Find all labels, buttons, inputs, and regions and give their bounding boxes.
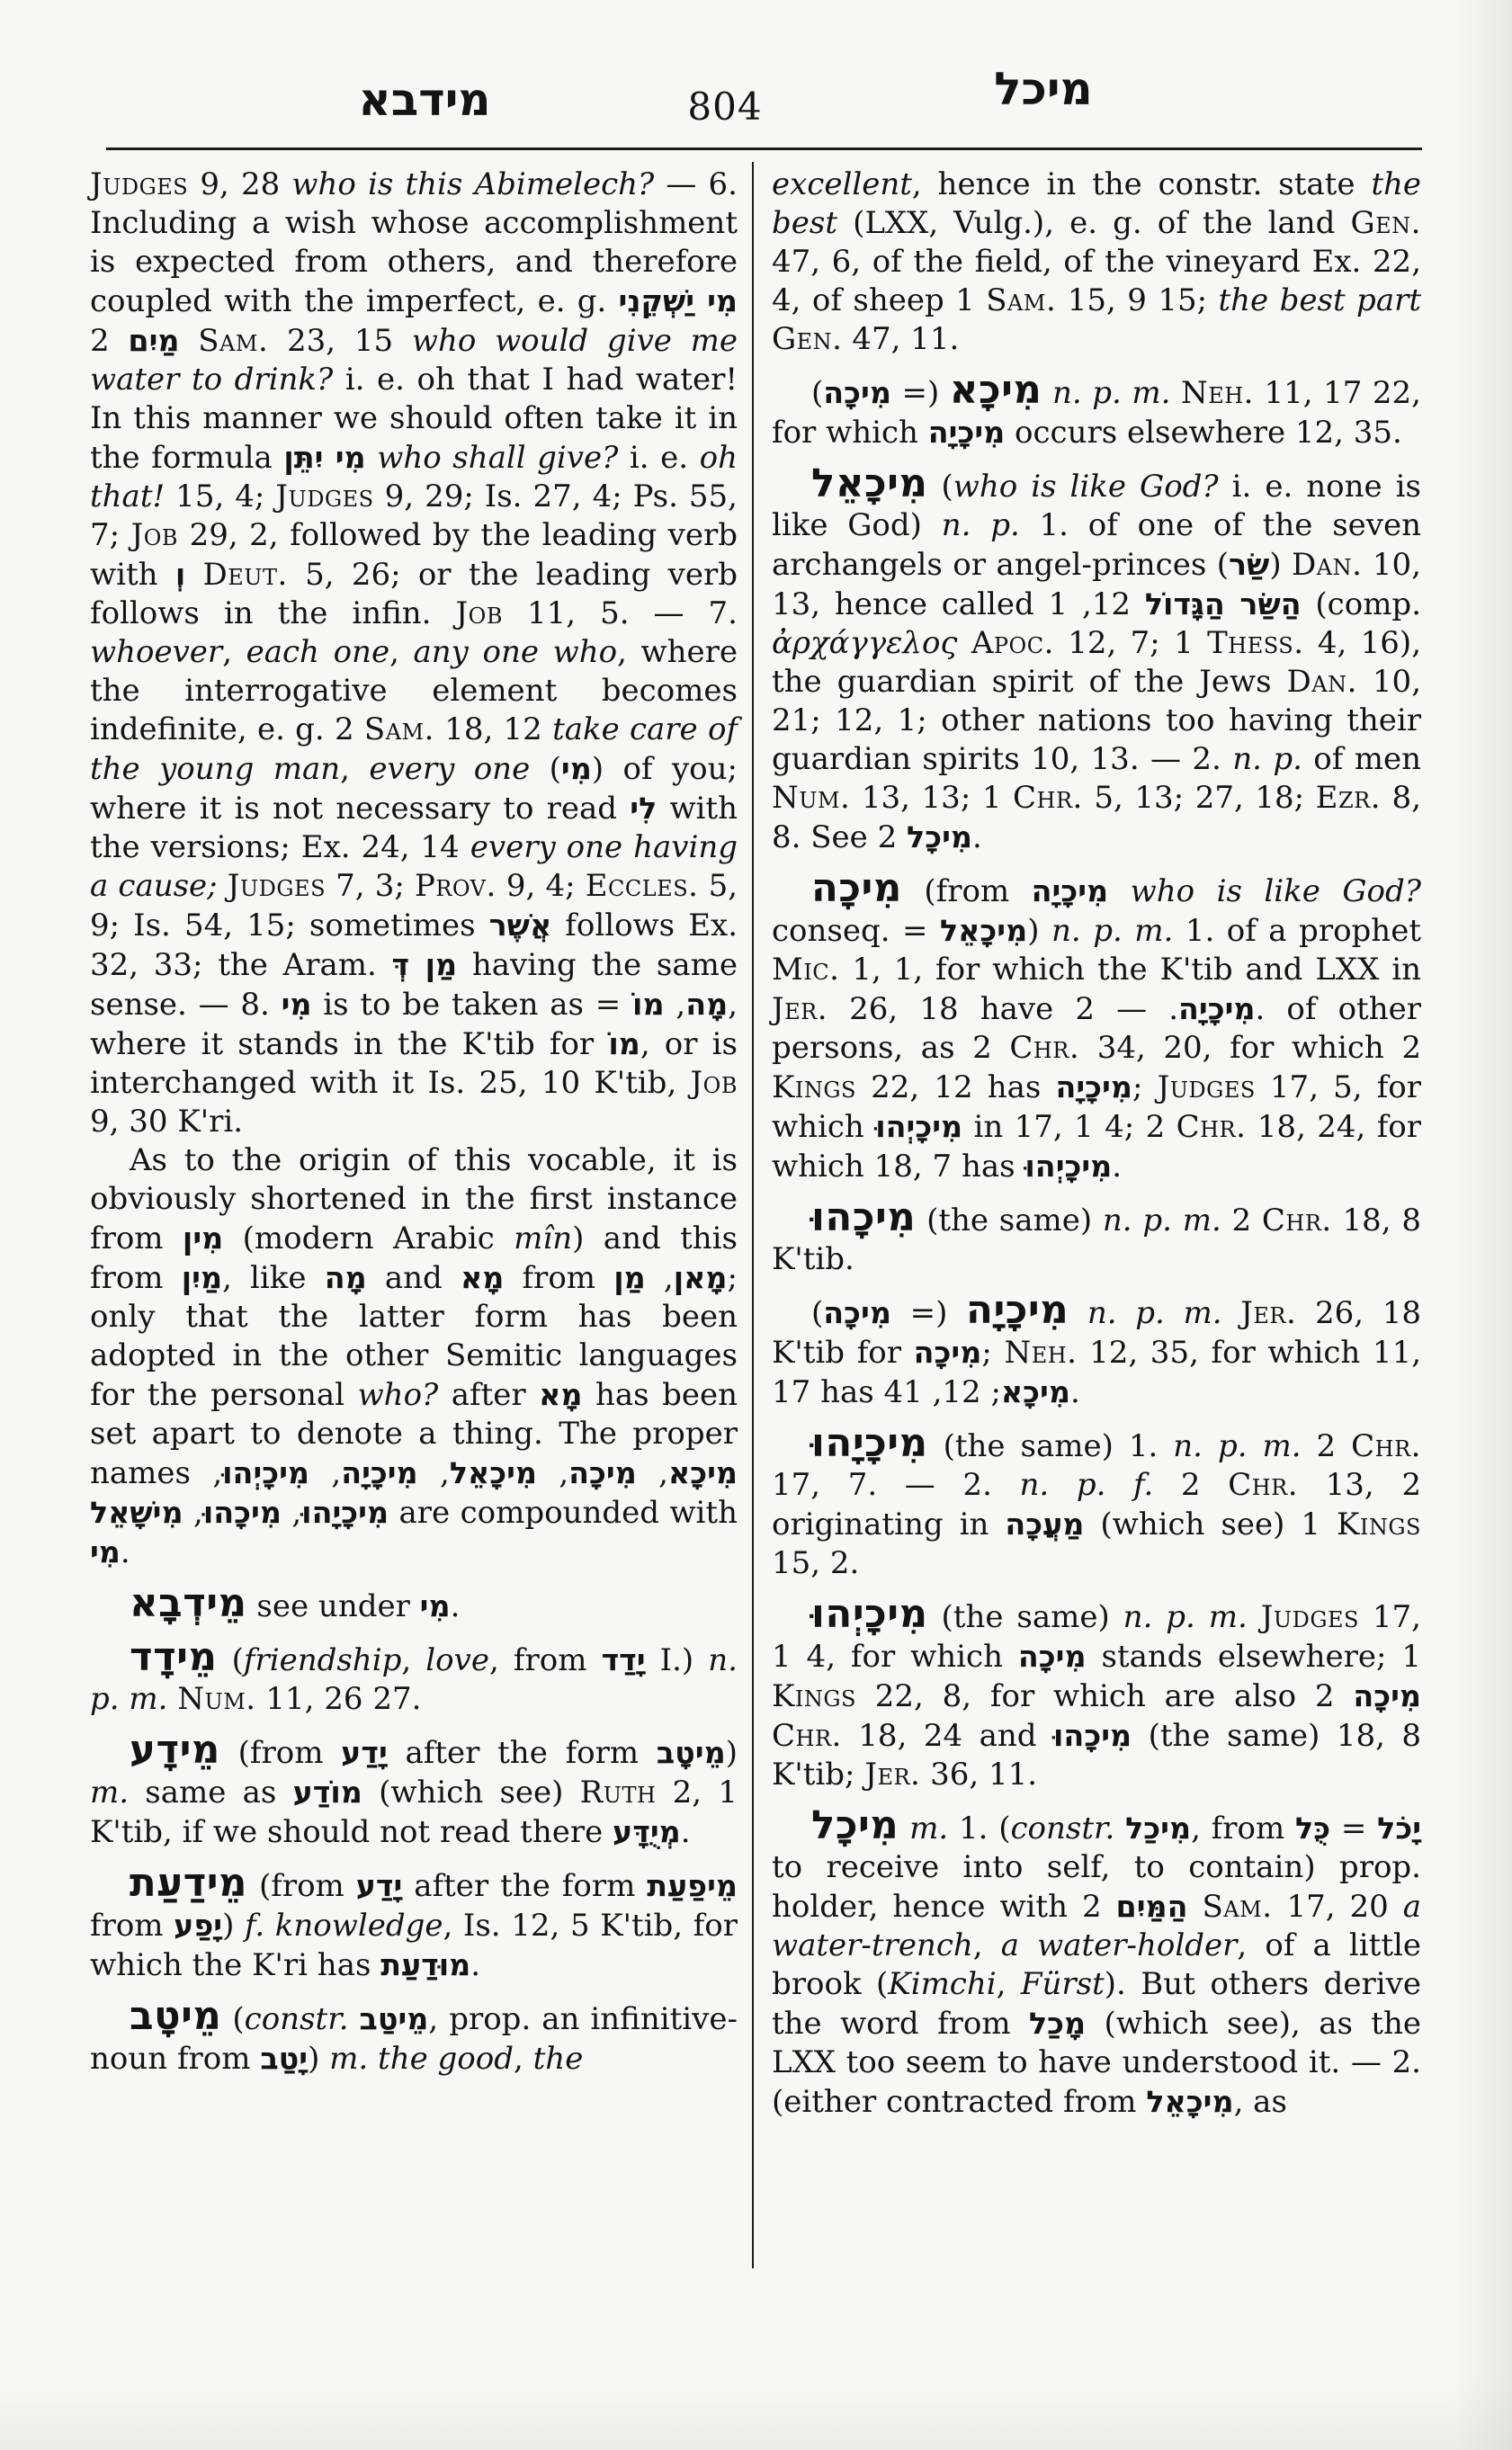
body-text: are compounded with [389, 1495, 738, 1531]
body-text: same as [129, 1775, 293, 1811]
entry-paragraph: מֵיטָב (constr. מֵיטַב, prop. an infinit… [90, 1998, 738, 2079]
body-text: ; [981, 1335, 1004, 1371]
hebrew-headword: מִיכָיְהוּ [811, 1592, 928, 1637]
italic-text: n. p. f. [1020, 1467, 1154, 1503]
body-text: , [389, 634, 413, 670]
body-text: 11, 5. — 7. [503, 595, 738, 631]
body-text: ) [726, 1735, 738, 1771]
body-text: ( [221, 2001, 244, 2037]
entry-paragraph: מִיכָהוּ (the same) n. p. m. 2 Chr. 18, … [772, 1199, 1421, 1279]
smallcaps-reference: Sam. [986, 282, 1056, 318]
body-text: ( [530, 751, 561, 787]
body-text: stands elsewhere; 1 [1087, 1639, 1421, 1675]
continuation-paragraph: excellent, hence in the constr. state th… [772, 165, 1421, 359]
italic-text: the good [378, 2041, 514, 2077]
header-left-title: מידבא [358, 77, 490, 122]
smallcaps-reference: Jer. [1240, 1295, 1296, 1331]
hebrew-headword: מֵידָע [130, 1728, 220, 1773]
italic-text: n. p. [942, 507, 1020, 543]
hebrew-headword: מִיכָיָה [966, 1288, 1069, 1333]
italic-text: the [533, 2041, 584, 2077]
smallcaps-reference: Sam. [1203, 1889, 1273, 1925]
italic-text: every one [369, 751, 530, 787]
hebrew-headword: מֵידְבָא [130, 1581, 247, 1626]
body-text: 23, 15 [268, 323, 412, 359]
body-text: 11, 26 27. [256, 1681, 422, 1717]
hebrew-inline: מִיכָה [823, 375, 891, 410]
smallcaps-reference: Sam. [198, 323, 268, 359]
italic-text: m. [90, 1775, 129, 1811]
body-text [899, 1811, 909, 1846]
hebrew-inline: וְ [175, 557, 185, 592]
smallcaps-reference: Chr. [1009, 1030, 1079, 1066]
body-text: 22, 8, for which are also [856, 1678, 1315, 1714]
italic-text: a water-holder [1001, 1927, 1238, 1963]
hebrew-inline: מַן [613, 1260, 646, 1295]
body-text [1170, 375, 1181, 411]
body-text: 1. ( [948, 1811, 1010, 1846]
hebrew-inline: מִיכָיְהוּ [875, 1109, 962, 1144]
italic-text: f. knowledge [245, 1908, 443, 1944]
hebrew-inline: יָטַב [260, 2041, 308, 2076]
hebrew-inline: מָה [685, 987, 728, 1022]
body-text: 2 [1221, 1203, 1262, 1238]
hebrew-headword: מִיכָיָהוּ [811, 1421, 928, 1466]
hebrew-inline: הַמַּיִם [1116, 1889, 1188, 1924]
body-text: (the same) [928, 1599, 1123, 1635]
body-text: 18, 24 and [842, 1718, 1053, 1754]
smallcaps-reference: Gen. [772, 321, 843, 357]
header-rule [106, 148, 1422, 150]
hebrew-inline: מִיכַל [1125, 1811, 1191, 1846]
italic-text: n. p. [1232, 741, 1302, 777]
body-text: after the form [402, 1868, 647, 1904]
body-text: i. e. [618, 440, 699, 476]
body-text: . [1112, 1149, 1122, 1185]
body-text: = [1330, 1811, 1377, 1846]
hebrew-inline: יָפַע [174, 1908, 222, 1943]
smallcaps-reference: Chr. [1013, 780, 1083, 816]
hebrew-inline: מוֹ [632, 987, 665, 1022]
body-text: 36, 11. [920, 1757, 1037, 1793]
body-text: 15, 9 15; [1056, 282, 1218, 318]
entry-paragraph: מֵידְבָא see under מִי. [90, 1585, 738, 1626]
body-text: from [90, 1908, 174, 1944]
entry-paragraph: מִיכָיְהוּ (the same) n. p. m. Judges 17… [772, 1596, 1421, 1794]
hebrew-inline: מֵיפַעַת [647, 1868, 738, 1903]
hebrew-inline: מִיכָהוּ [203, 1495, 282, 1530]
body-text: 34, 20, for which 2 [1079, 1030, 1421, 1066]
body-text: 17, 20 [1273, 1889, 1403, 1925]
smallcaps-reference: Thess. [1207, 625, 1303, 661]
hebrew-inline: מוֹ [608, 1026, 640, 1061]
smallcaps-reference: Jer. [772, 991, 828, 1027]
hebrew-inline: מִיכָה [1353, 1678, 1421, 1713]
smallcaps-reference: Gen. [1351, 205, 1422, 241]
body-text: . [121, 1534, 130, 1570]
body-text: (= [891, 375, 950, 411]
smallcaps-reference: Mic. [772, 952, 839, 988]
body-text: 26, 18 have [828, 991, 1075, 1027]
hebrew-inline: מִי [90, 1534, 121, 1569]
italic-text: m. [909, 1811, 948, 1846]
hebrew-inline: מִישָׁאֵל [90, 1495, 183, 1530]
body-text [218, 868, 228, 904]
hebrew-inline: מִיכָיָה [1055, 1069, 1132, 1104]
hebrew-inline: כֻּל [1295, 1811, 1330, 1846]
hebrew-inline: מִיכָהוּ [1053, 1718, 1132, 1753]
smallcaps-reference: Kings [772, 1069, 856, 1105]
hebrew-headword: מִיכָאֵל [811, 461, 927, 506]
body-text: see under [247, 1588, 420, 1624]
body-text: , hence in the constr. state [912, 166, 1371, 202]
body-text: , [340, 751, 369, 787]
hebrew-inline: מִיכָיָהוּ [301, 1495, 389, 1530]
column-divider [752, 162, 754, 2268]
body-text: , from [1191, 1811, 1295, 1846]
hebrew-inline: מִי יִתֵּן [283, 440, 365, 475]
body-text: , [997, 1966, 1021, 2002]
body-text: , like [222, 1260, 325, 1296]
italic-text: n. p. m. [1052, 375, 1170, 411]
body-text: from [504, 1260, 613, 1296]
body-text: (modern Arabic [223, 1221, 514, 1256]
hebrew-inline: מִיכָה [1018, 1639, 1087, 1674]
smallcaps-reference: Judges [90, 166, 188, 202]
smallcaps-reference: Chr. [1176, 1109, 1247, 1145]
body-text: of men [1302, 741, 1421, 777]
hebrew-inline: מִיכָא [668, 1455, 738, 1490]
dictionary-page: מידבא 804 מיכל Judges 9, 28 who is this … [0, 0, 1512, 2450]
body-text: , [212, 1455, 222, 1491]
hebrew-inline: יָכֹל [1377, 1811, 1421, 1846]
italic-text: friendship [244, 1642, 401, 1678]
body-text: 9, 4; [497, 868, 586, 904]
italic-text: n. p. m. [1123, 1599, 1248, 1635]
body-text: , [222, 634, 246, 670]
body-text: ) [308, 2041, 329, 2077]
italic-text: n. p. m. [1103, 1203, 1221, 1238]
body-text: 9, 30 K'ri. [90, 1104, 243, 1140]
body-text: 17, 7. — 2. [772, 1467, 1020, 1503]
hebrew-inline: מִיכָל [907, 819, 972, 854]
body-text: after the form [388, 1735, 657, 1771]
body-text: ; [1132, 1069, 1158, 1105]
smallcaps-reference: Judges [1261, 1599, 1359, 1635]
hebrew-inline: מֵיטָב [657, 1735, 726, 1770]
italic-text: love [425, 1642, 489, 1678]
body-text: , from [489, 1642, 602, 1678]
body-text: 18, 12 [434, 711, 552, 747]
body-text: 1. of a prophet [1173, 913, 1421, 949]
continuation-paragraph: Judges 9, 28 who is this Abimelech? — 6.… [90, 165, 738, 1141]
italic-text: constr. [1010, 1811, 1114, 1846]
italic-text: who is like God? [1131, 873, 1421, 909]
right-column: excellent, hence in the constr. state th… [772, 165, 1421, 2122]
hebrew-inline: מִי [420, 1588, 451, 1623]
hebrew-inline: מִיכָאֵל [1146, 2084, 1233, 2119]
body-text: (the same) 1. [928, 1428, 1174, 1464]
body-text: 12, 7; 1 [1054, 625, 1207, 661]
italic-text: the best part [1218, 282, 1421, 318]
body-text: 15, 4; [165, 478, 275, 514]
hebrew-inline: מָא [461, 1260, 504, 1295]
hebrew-headword: מֵידַעַת [130, 1861, 247, 1906]
body-text: (from [902, 873, 1032, 909]
entry-paragraph: מִיכָא (= מִיכָה) n. p. m. Neh. 11, 17 2… [772, 371, 1421, 452]
body-text: 2 [1153, 1467, 1228, 1503]
hebrew-inline: לִי [630, 791, 657, 826]
body-text: 13, 13; 1 [850, 780, 1013, 816]
smallcaps-reference: Num. [772, 780, 850, 816]
hebrew-inline: מַיִן [182, 1260, 222, 1295]
smallcaps-reference: Sam. [364, 711, 434, 747]
smallcaps-reference: Neh. [1004, 1335, 1077, 1371]
left-column: Judges 9, 28 who is this Abimelech? — 6.… [90, 165, 738, 2079]
hebrew-inline: מִין [183, 1221, 223, 1256]
header-right-title: מיכל [994, 67, 1092, 112]
page-number: 804 [687, 88, 762, 126]
italic-text: n. p. m. [1173, 1428, 1301, 1464]
body-text: ) [1269, 547, 1292, 583]
body-text [1248, 1599, 1261, 1635]
hebrew-inline: מִיכָיְהוּ [222, 1455, 309, 1490]
smallcaps-reference: Ruth [580, 1775, 657, 1811]
smallcaps-reference: Kings [1337, 1507, 1421, 1542]
body-text: after [438, 1377, 539, 1413]
body-text: , [537, 1455, 568, 1491]
smallcaps-reference: Prov. [415, 868, 497, 904]
body-text: I.) [646, 1642, 709, 1678]
body-text: (from [220, 1735, 341, 1771]
body-text: 15, 2. [772, 1545, 859, 1581]
entry-paragraph: מִיכָאֵל (who is like God? i. e. none is… [772, 465, 1421, 857]
hebrew-inline: מִיכָה [914, 1335, 982, 1370]
italic-text: Kimchi [888, 1966, 996, 2002]
smallcaps-reference: Job [456, 595, 503, 631]
smallcaps-reference: Chr. [772, 1718, 842, 1754]
smallcaps-reference: Apoc. [971, 625, 1054, 661]
body-text [368, 2041, 378, 2077]
entry-paragraph: מֵידַעַת (from יָדַע after the form מֵיפ… [90, 1864, 738, 1985]
italic-text: who? [358, 1377, 439, 1413]
body-text: , [637, 1455, 668, 1491]
smallcaps-reference: Chr. [1262, 1203, 1332, 1238]
body-text: . [681, 1814, 691, 1850]
body-text: (the same) [916, 1203, 1103, 1238]
smallcaps-reference: Neh. [1181, 375, 1254, 411]
body-text [1222, 1295, 1241, 1331]
body-text: ) [222, 1908, 245, 1944]
body-text [1114, 1811, 1125, 1846]
body-text: , [309, 1455, 341, 1491]
body-text: , [646, 1260, 674, 1296]
hebrew-inline: יָדַע [341, 1735, 388, 1770]
body-text: , [973, 1927, 1001, 1963]
body-text: (which see) [362, 1775, 580, 1811]
body-text: 2 [1315, 1678, 1353, 1714]
smallcaps-reference: Job [691, 1065, 738, 1101]
body-text: (from [247, 1868, 356, 1904]
hebrew-inline: מִיכָיָה [341, 1455, 417, 1490]
smallcaps-reference: Num. [177, 1681, 255, 1717]
entry-paragraph: מִיכָה (from מִיכָיָה who is like God? c… [772, 870, 1421, 1186]
italic-text: whoever [90, 634, 222, 670]
hebrew-headword: מֵיטָב [130, 1994, 221, 2039]
body-text [1108, 873, 1131, 909]
body-text: . [451, 1588, 461, 1624]
body-text [957, 625, 971, 661]
smallcaps-reference: Chr. [1351, 1428, 1421, 1464]
italic-text: Fürst [1021, 1966, 1105, 2002]
hebrew-headword: מִיכָה [811, 866, 902, 911]
hebrew-headword: מִיכָל [811, 1803, 899, 1848]
entry-paragraph: מֵידָע (from יָדַע after the form מֵיטָב… [90, 1731, 738, 1852]
smallcaps-reference: Dan. [1292, 547, 1362, 583]
body-text: , as [1234, 2084, 1287, 2120]
italic-text: any one who [414, 634, 618, 670]
smallcaps-reference: Judges [228, 868, 326, 904]
smallcaps-reference: Judges [1158, 1069, 1256, 1105]
body-text [167, 1681, 177, 1717]
body-text: (LXX, Vulg.), e. g. of the land [837, 205, 1351, 241]
entry-paragraph: מֵידָד (friendship, love, from יָדַד I.)… [90, 1639, 738, 1719]
smallcaps-reference: Ezr. [1316, 780, 1381, 816]
hebrew-inline: מִיכָיָה [928, 415, 1005, 450]
hebrew-inline: מָאן [674, 1260, 728, 1295]
greek-text: ἀρχάγγελος [772, 625, 957, 661]
italic-text: excellent [772, 166, 912, 202]
hebrew-inline: מִיכָה [568, 1455, 637, 1490]
body-text: and [367, 1260, 461, 1296]
hebrew-inline: שַׂר [1229, 547, 1269, 582]
italic-text: mîn [514, 1221, 572, 1256]
hebrew-inline: מוֹדַע [293, 1775, 362, 1810]
hebrew-inline: אֲשֶׁר [489, 908, 552, 943]
smallcaps-reference: Chr. [1228, 1467, 1298, 1503]
hebrew-inline: מִיכָא [1001, 1374, 1070, 1409]
body-text: in 17, 1 4; 2 [962, 1109, 1176, 1145]
hebrew-inline: מִיכָאֵל [450, 1455, 537, 1490]
entry-paragraph: מִיכָיָהוּ (the same) 1. n. p. m. 2 Chr.… [772, 1425, 1421, 1583]
italic-text: constr. [245, 2001, 349, 2037]
italic-text: n. p. m. [1087, 1295, 1222, 1331]
hebrew-inline: מָכַל [1029, 2006, 1086, 2041]
hebrew-headword: מֵידָד [130, 1635, 217, 1680]
body-text: (which see) 1 [1084, 1507, 1337, 1542]
smallcaps-reference: Job [131, 517, 178, 553]
smallcaps-reference: Deut. [203, 557, 288, 593]
entry-paragraph: מִיכָיָה (= מִיכָה) n. p. m. Jer. 26, 18… [772, 1292, 1421, 1412]
hebrew-headword: מִיכָהוּ [811, 1195, 916, 1240]
hebrew-inline: מִיכָאֵל [940, 913, 1027, 948]
smallcaps-reference: Judges [275, 478, 373, 514]
body-text: , [418, 1455, 450, 1491]
entry-paragraph: מִיכָל m. 1. (constr. מִיכַל, from יָכֹל… [772, 1807, 1421, 2122]
body-text: , [183, 1495, 203, 1531]
body-text: ) [1027, 913, 1051, 949]
body-text: 1, 1, for which the K'tib and LXX in [839, 952, 1421, 988]
body-text: . [470, 1947, 480, 1983]
body-text: 9, 28 [188, 166, 291, 202]
hebrew-inline: יָדַד [602, 1642, 646, 1677]
hebrew-inline: מֵיטַב [360, 2001, 429, 2036]
body-text: 5, 13; 27, 18; [1083, 780, 1316, 816]
hebrew-inline: מִי [282, 987, 312, 1022]
hebrew-inline: מִיכָיְהוּ [1024, 1149, 1112, 1184]
smallcaps-reference: Jer. [864, 1757, 920, 1793]
hebrew-inline: מְיֻדָּע [613, 1814, 681, 1849]
body-text: , [282, 1495, 301, 1531]
hebrew-inline: מִי [561, 751, 592, 786]
body-text: 47, 11. [843, 321, 960, 357]
hebrew-inline: מַן דְּ [392, 947, 458, 982]
hebrew-inline: יָדַע [356, 1868, 403, 1903]
italic-text: each one [246, 634, 389, 670]
smallcaps-reference: Dan. [1287, 664, 1357, 700]
body-text: ( [927, 469, 953, 505]
body-text [366, 440, 378, 476]
body-text: (= [891, 1295, 966, 1331]
body-text [349, 2001, 360, 2037]
hebrew-inline: מָא [539, 1377, 582, 1412]
hebrew-inline: מִיכָיָה [1178, 991, 1255, 1026]
hebrew-inline: הַשַּׂר הַגָּדוֹל [1145, 586, 1302, 621]
continuation-paragraph: As to the origin of this vocable, it is … [90, 1141, 738, 1572]
body-text: occurs elsewhere 12, 35. [1005, 415, 1402, 451]
body-text [185, 557, 202, 593]
body-text: ( [217, 1642, 243, 1678]
italic-text: who shall give? [377, 440, 618, 476]
italic-text: who is like God? [953, 469, 1219, 505]
body-text: conseq. = [772, 913, 940, 949]
body-text: 7, 3; [326, 868, 415, 904]
italic-text: who is this Abimelech? [291, 166, 654, 202]
body-text: , [665, 987, 686, 1023]
hebrew-inline: מִיכָיָה [1032, 873, 1108, 908]
italic-text: n. p. m. [1051, 913, 1173, 949]
hebrew-headword: מִיכָא [950, 368, 1042, 413]
body-text: 2 [1302, 1428, 1352, 1464]
body-text: , [401, 1642, 425, 1678]
hebrew-inline: מִיכָה [823, 1295, 891, 1330]
hebrew-inline: מַעֲכָה [1005, 1507, 1084, 1542]
hebrew-inline: מוּדַעַת [380, 1947, 470, 1982]
hebrew-inline: מָה [325, 1260, 367, 1295]
smallcaps-reference: Eccles. [586, 868, 699, 904]
italic-text: m. [329, 2041, 368, 2077]
body-text: 22, 12 has [856, 1069, 1055, 1105]
body-text: is to be taken as = [312, 987, 633, 1023]
smallcaps-reference: Kings [772, 1678, 856, 1714]
body-text: , [514, 2041, 533, 2077]
